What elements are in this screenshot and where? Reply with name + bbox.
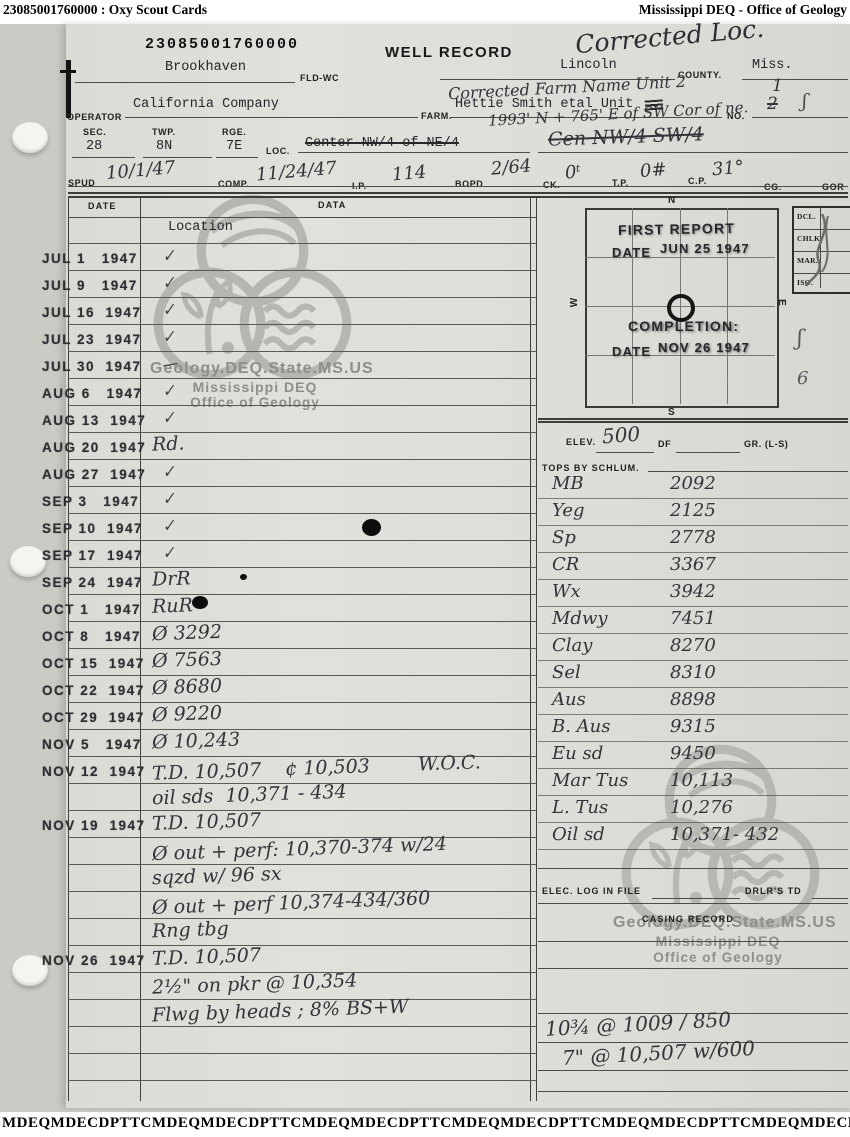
log-entry-row: SEP 10 1947 ✓ bbox=[68, 514, 536, 541]
twp-label: TWP. bbox=[152, 127, 176, 137]
footer-token: PTTC bbox=[709, 1115, 751, 1132]
formation-depth: 3942 bbox=[670, 581, 716, 602]
footer-token: PTTC bbox=[410, 1115, 452, 1132]
margin-curl-mark: ʃ bbox=[797, 326, 803, 350]
check-stamp-squiggle bbox=[792, 206, 848, 290]
completion-date: NOV 26 1947 bbox=[658, 340, 750, 355]
rule bbox=[652, 898, 740, 899]
log-entry-row: OCT 15 1947 Ø 7563 bbox=[68, 649, 536, 676]
log-entry-text: ✓ bbox=[160, 326, 177, 347]
rule bbox=[742, 79, 848, 80]
log-entry-row: JUL 1 1947 ✓ bbox=[68, 244, 536, 271]
data-column-header: DATA bbox=[318, 200, 346, 210]
rule bbox=[72, 157, 135, 158]
formation-depth: 7451 bbox=[670, 608, 716, 629]
first-report-date-label: DATE bbox=[612, 245, 651, 260]
elev-gr-label: GR. (L-S) bbox=[744, 439, 788, 449]
log-entry-row: JUL 16 1947 ✓ bbox=[68, 298, 536, 325]
field-name-value: Brookhaven bbox=[165, 60, 246, 75]
rule bbox=[538, 941, 848, 942]
compass-east: E bbox=[776, 299, 787, 306]
log-entry-row: AUG 13 1947 ✓ bbox=[68, 406, 536, 433]
formation-name: Sel bbox=[552, 662, 581, 683]
formation-name: B. Aus bbox=[552, 716, 611, 737]
spud-field-label: C.P. bbox=[688, 176, 707, 186]
log-entry-row: sqzd w/ 96 sx bbox=[68, 865, 536, 892]
log-entry-row: Ø out + perf: 10,370-374 w/24 bbox=[68, 838, 536, 865]
log-entry-row: OCT 1 1947 RuR bbox=[68, 595, 536, 622]
log-entry-text: ✓ bbox=[160, 245, 177, 266]
log-entry-row: Ø out + perf 10,374-434/360 bbox=[68, 892, 536, 919]
spud-field-label: COMP. bbox=[218, 179, 249, 189]
formation-depth: 10,371- 432 bbox=[670, 824, 779, 845]
log-entry-text: T.D. 10,507 ¢ 10,503 W.O.C. bbox=[152, 751, 481, 784]
log-entry-text: ✓ bbox=[160, 542, 177, 563]
footer-token: MDEQ bbox=[2, 1115, 51, 1132]
unit-number-correction: 1 bbox=[772, 76, 783, 96]
ink-blot bbox=[192, 596, 208, 609]
footer-token: MDEQ bbox=[601, 1115, 650, 1132]
first-report-date: JUN 25 1947 bbox=[660, 241, 750, 256]
margin-curl-mark: ʃ bbox=[802, 90, 807, 112]
formation-top-row: Mdwy 7451 bbox=[538, 607, 848, 634]
formation-depth: 9450 bbox=[670, 743, 716, 764]
date-column-header: DATE bbox=[88, 201, 117, 211]
formation-name: Mdwy bbox=[552, 608, 608, 629]
footer-token: MDECD bbox=[350, 1115, 409, 1132]
log-entry-text: Rd. bbox=[152, 432, 185, 455]
formation-name: CR bbox=[552, 554, 579, 575]
log-entry-row: SEP 24 1947 DrR bbox=[68, 568, 536, 595]
formation-top-row: Oil sd 10,371- 432 bbox=[538, 823, 848, 850]
footer-token: MDECD bbox=[201, 1115, 260, 1132]
spud-field-value: 2/64 bbox=[490, 155, 532, 179]
formation-depth: 2092 bbox=[670, 473, 716, 494]
footer-token: MDECD bbox=[650, 1115, 709, 1132]
log-entry-row: Flwg by heads ; 8% BS+W bbox=[68, 1000, 536, 1027]
scan-edge-artifact bbox=[66, 60, 71, 118]
log-entry-row: JUL 23 1947 ✓ bbox=[68, 325, 536, 352]
rule bbox=[812, 898, 848, 899]
first-report-stamp: FIRST REPORT bbox=[618, 220, 735, 238]
elev-df-label: DF bbox=[658, 439, 671, 449]
log-entry-text: ✓ bbox=[160, 299, 177, 320]
rule bbox=[752, 117, 848, 118]
log-entry-text: Ø 3292 bbox=[152, 621, 223, 645]
spud-field-label: GOR bbox=[822, 182, 844, 192]
card-title: WELL RECORD bbox=[385, 44, 513, 61]
formation-depth: 3367 bbox=[670, 554, 716, 575]
footer-token: MDECD bbox=[800, 1115, 850, 1132]
log-entry-row: OCT 8 1947 Ø 3292 bbox=[68, 622, 536, 649]
log-entry-text: oil sds 10,371 - 434 bbox=[152, 781, 347, 810]
log-entry-row: NOV 26 1947 T.D. 10,507 bbox=[68, 946, 536, 973]
formation-name: Eu sd bbox=[552, 743, 603, 764]
completion-stamp: COMPLETION: bbox=[628, 318, 739, 334]
footer-token: MDECD bbox=[51, 1115, 110, 1132]
formation-top-row: Wx 3942 bbox=[538, 580, 848, 607]
footer-token: PTTC bbox=[559, 1115, 601, 1132]
formation-name: Clay bbox=[552, 635, 592, 656]
log-entry-text: Ø 8680 bbox=[152, 675, 223, 699]
viewer-footer: MDEQ MDECD PTTC MDEQ MDECD PTTC MDEQ MDE… bbox=[0, 1115, 850, 1132]
county-value: Lincoln bbox=[560, 58, 617, 73]
state-value: Miss. bbox=[752, 58, 793, 73]
ink-blot bbox=[240, 574, 247, 580]
rule bbox=[538, 1091, 848, 1092]
formation-top-row: Eu sd 9450 bbox=[538, 742, 848, 769]
double-rule bbox=[538, 418, 848, 420]
log-entry-row: JUL 30 1947 — bbox=[68, 352, 536, 379]
spud-field-label: CK. bbox=[543, 180, 560, 190]
margin-curl-mark: 6 bbox=[797, 368, 808, 389]
log-entry-row: NOV 12 1947 T.D. 10,507 ¢ 10,503 W.O.C. bbox=[68, 757, 536, 784]
log-entry-text: T.D. 10,507 bbox=[152, 944, 262, 970]
compass-north: N bbox=[668, 195, 675, 206]
loc-label: LOC. bbox=[266, 146, 290, 156]
punch-hole bbox=[12, 122, 48, 153]
spud-field-value: 31° bbox=[711, 157, 745, 181]
spud-field-value: 0ᵗ bbox=[564, 161, 582, 183]
formation-name: Oil sd bbox=[552, 824, 605, 845]
footer-token: PTTC bbox=[110, 1115, 152, 1132]
rge-label: RGE. bbox=[222, 127, 246, 137]
log-entry-row: JUL 9 1947 ✓ bbox=[68, 271, 536, 298]
sec-label: SEC. bbox=[83, 127, 106, 137]
formation-top-row: Aus 8898 bbox=[538, 688, 848, 715]
log-entry-text: RuR bbox=[152, 594, 194, 617]
farm-label: FARM. bbox=[421, 111, 452, 121]
compass-west: W bbox=[569, 298, 580, 307]
rule bbox=[676, 452, 740, 453]
operator-value: California Company bbox=[133, 97, 279, 112]
formation-top-row: Sel 8310 bbox=[538, 661, 848, 688]
operator-label: OPERATOR bbox=[67, 112, 122, 122]
formation-top-row: Mar Tus 10,113 bbox=[538, 769, 848, 796]
elec-log-label: ELEC. LOG IN FILE bbox=[542, 886, 641, 896]
log-entry-row: Rng tbg bbox=[68, 919, 536, 946]
log-entry-row: AUG 6 1947 ✓ bbox=[68, 379, 536, 406]
rule bbox=[538, 968, 848, 969]
formation-depth: 9315 bbox=[670, 716, 716, 737]
footer-token: MDEQ bbox=[751, 1115, 800, 1132]
double-rule-bottom bbox=[68, 196, 848, 198]
rge-value: 7E bbox=[226, 139, 242, 154]
footer-token: MDEQ bbox=[152, 1115, 201, 1132]
log-entry-text: Ø 7563 bbox=[152, 648, 223, 672]
formation-top-row: Sp 2778 bbox=[538, 526, 848, 553]
spud-field-value: 114 bbox=[391, 162, 427, 186]
rule bbox=[538, 1070, 848, 1071]
log-entry-text: Location bbox=[168, 220, 233, 235]
formation-top-row: Clay 8270 bbox=[538, 634, 848, 661]
log-entry-text: — bbox=[160, 353, 179, 374]
log-entry-text: Rng tbg bbox=[152, 918, 229, 943]
footer-token: MDEQ bbox=[302, 1115, 351, 1132]
ink-blot bbox=[362, 519, 381, 536]
rule bbox=[298, 152, 530, 153]
compass-south: S bbox=[668, 407, 675, 418]
spud-field-label: BOPD bbox=[455, 179, 483, 189]
log-entry-text: T.D. 10,507 bbox=[152, 809, 262, 835]
log-entry-text: ✓ bbox=[160, 461, 177, 482]
formation-top-row: L. Tus 10,276 bbox=[538, 796, 848, 823]
log-entry-row: SEP 3 1947 ✓ bbox=[68, 487, 536, 514]
elev-value: 500 bbox=[601, 422, 641, 449]
formation-top-row: MB 2092 bbox=[538, 472, 848, 499]
casing-record-header: CASING RECORD bbox=[642, 914, 734, 924]
formation-top-row: B. Aus 9315 bbox=[538, 715, 848, 742]
formation-depth: 8270 bbox=[670, 635, 716, 656]
log-entry-row: OCT 22 1947 Ø 8680 bbox=[68, 676, 536, 703]
well-api-number: 23085001760000 bbox=[145, 36, 299, 53]
formation-name: L. Tus bbox=[552, 797, 608, 818]
log-entry-row: AUG 20 1947 Rd. bbox=[68, 433, 536, 460]
footer-token: MDEQ bbox=[452, 1115, 501, 1132]
twp-value: 8N bbox=[156, 139, 172, 154]
log-entry-text: Ø 10,243 bbox=[152, 728, 241, 753]
log-entry-text: ✓ bbox=[160, 272, 177, 293]
formation-name: MB bbox=[552, 473, 584, 494]
formation-depth: 10,276 bbox=[670, 797, 733, 818]
log-entry-row: NOV 19 1947 T.D. 10,507 bbox=[68, 811, 536, 838]
log-entry-text: Ø 9220 bbox=[152, 702, 223, 726]
punch-hole bbox=[10, 546, 46, 577]
viewer-header-title: 23085001760000 : Oxy Scout Cards bbox=[3, 2, 207, 18]
log-entry-text: Ø out + perf 10,374-434/360 bbox=[152, 887, 431, 919]
log-entry-text: ✓ bbox=[160, 380, 177, 401]
log-entry-row: SEP 17 1947 ✓ bbox=[68, 541, 536, 568]
formation-name: Wx bbox=[552, 581, 581, 602]
log-entries: Location JUL 1 1947 ✓ JUL 9 1947 ✓ JUL 1… bbox=[68, 217, 536, 1102]
log-entry-text: ✓ bbox=[160, 488, 177, 509]
log-entry-text: DrR bbox=[152, 567, 191, 590]
log-entry-text: Flwg by heads ; 8% BS+W bbox=[152, 996, 409, 1027]
spud-field-label: CG. bbox=[764, 182, 782, 192]
rule bbox=[538, 868, 848, 869]
formation-depth: 2125 bbox=[670, 500, 716, 521]
log-entry-row: AUG 27 1947 ✓ bbox=[68, 460, 536, 487]
log-entry-text: ✓ bbox=[160, 515, 177, 536]
log-entry-row: OCT 29 1947 Ø 9220 bbox=[68, 703, 536, 730]
completion-date-label: DATE bbox=[612, 344, 651, 359]
field-label: FLD-WC bbox=[300, 73, 339, 83]
watermark-office: Office of Geology bbox=[613, 950, 823, 965]
footer-token: MDECD bbox=[500, 1115, 559, 1132]
formation-top-row: Yeg 2125 bbox=[538, 499, 848, 526]
loc-typed-struck-value: Center NW/4 of NE/4 bbox=[305, 136, 459, 151]
formation-name: Sp bbox=[552, 527, 576, 548]
rule bbox=[68, 186, 848, 187]
rule bbox=[538, 152, 848, 153]
rule bbox=[596, 452, 654, 453]
formation-depth: 2778 bbox=[670, 527, 716, 548]
double-rule bbox=[538, 421, 848, 423]
log-entry-text: sqzd w/ 96 sx bbox=[152, 863, 282, 890]
spud-field-value: 0# bbox=[639, 159, 667, 182]
formation-name: Aus bbox=[552, 689, 586, 710]
log-entry-row: oil sds 10,371 - 434 bbox=[68, 784, 536, 811]
well-no-struck-value: 2 bbox=[767, 94, 778, 114]
double-rule-top bbox=[68, 192, 848, 194]
formation-depth: 8310 bbox=[670, 662, 716, 683]
log-entry-row: Location bbox=[68, 217, 536, 244]
log-entry-text: Ø out + perf: 10,370-374 w/24 bbox=[152, 833, 448, 865]
formation-depth: 8898 bbox=[670, 689, 716, 710]
scan-edge-tick bbox=[60, 70, 76, 73]
log-entry-text: 2½" on pkr @ 10,354 bbox=[152, 969, 358, 998]
footer-token: PTTC bbox=[260, 1115, 302, 1132]
table-right-border-outer bbox=[536, 196, 537, 1101]
rule bbox=[125, 117, 418, 118]
elev-label: ELEV. bbox=[566, 437, 596, 447]
formation-depth: 10,113 bbox=[670, 770, 733, 791]
rule bbox=[216, 157, 258, 158]
log-entry-text: ✓ bbox=[160, 407, 177, 428]
drlrs-td-label: DRLR'S TD bbox=[745, 886, 802, 896]
formation-name: Mar Tus bbox=[552, 770, 628, 791]
scanned-well-record-page: 23085001760000 : Oxy Scout Cards Mississ… bbox=[0, 0, 850, 1137]
formation-top-row: CR 3367 bbox=[538, 553, 848, 580]
log-entry-row: 2½" on pkr @ 10,354 bbox=[68, 973, 536, 1000]
sec-value: 28 bbox=[86, 139, 102, 154]
rule bbox=[538, 903, 848, 904]
formation-name: Yeg bbox=[552, 500, 585, 521]
rule bbox=[75, 82, 295, 83]
